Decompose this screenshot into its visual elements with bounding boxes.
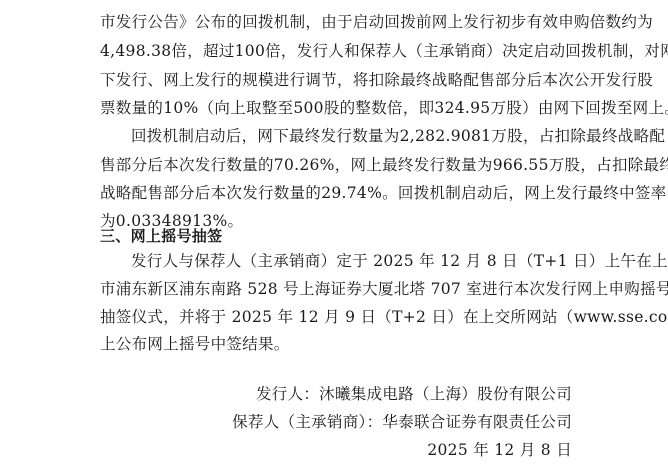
section3-line-1: 发行人与保荐人（主承销商）定于 2025 年 12 月 8 日（T+1 日）上午… [131,251,574,271]
paragraph2-line-1: 回拨机制启动后，网下最终发行数量为2,282.9081万股，占扣除最终战略配 [131,126,574,146]
document-page: 市发行公告》公布的回拨机制，由于启动回拨前网上发行初步有效申购倍数约为 4,49… [0,0,668,475]
section3-line-3: 抽签仪式，并将于 2025 年 12 月 9 日（T+2 日）在上交所网站（ww… [100,307,574,327]
section3-line-2: 市浦东新区浦东南路 528 号上海证券大厦北塔 707 室进行本次发行网上申购摇… [100,279,574,299]
paragraph1-line-4: 票数量的10%（向上取整至500股的整数倍，即324.95万股）由网下回拨至网上… [100,98,574,118]
signature-date: 2025 年 12 月 8 日 [427,440,572,460]
paragraph2-line-3: 战略配售部分后本次发行数量的29.74%。回拨机制启动后，网上发行最终中签率 [100,183,574,203]
signature-sponsor: 保荐人（主承销商）：华泰联合证券有限责任公司 [232,412,572,432]
section-heading: 三、网上摇号抽签 [100,226,574,246]
section3-line-4: 上公布网上摇号中签结果。 [100,334,574,354]
paragraph1-line-3: 下发行、网上发行的规模进行调节，将扣除最终战略配售部分后本次公开发行股 [100,70,574,90]
paragraph1-line-1: 市发行公告》公布的回拨机制，由于启动回拨前网上发行初步有效申购倍数约为 [100,12,574,32]
paragraph2-line-2: 售部分后本次发行数量的70.26%，网上最终发行数量为966.55万股，占扣除最… [100,155,574,175]
paragraph1-line-2: 4,498.38倍，超过100倍，发行人和保荐人（主承销商）决定启动回拨机制，对… [100,41,574,61]
signature-issuer: 发行人：沐曦集成电路（上海）股份有限公司 [256,384,572,404]
